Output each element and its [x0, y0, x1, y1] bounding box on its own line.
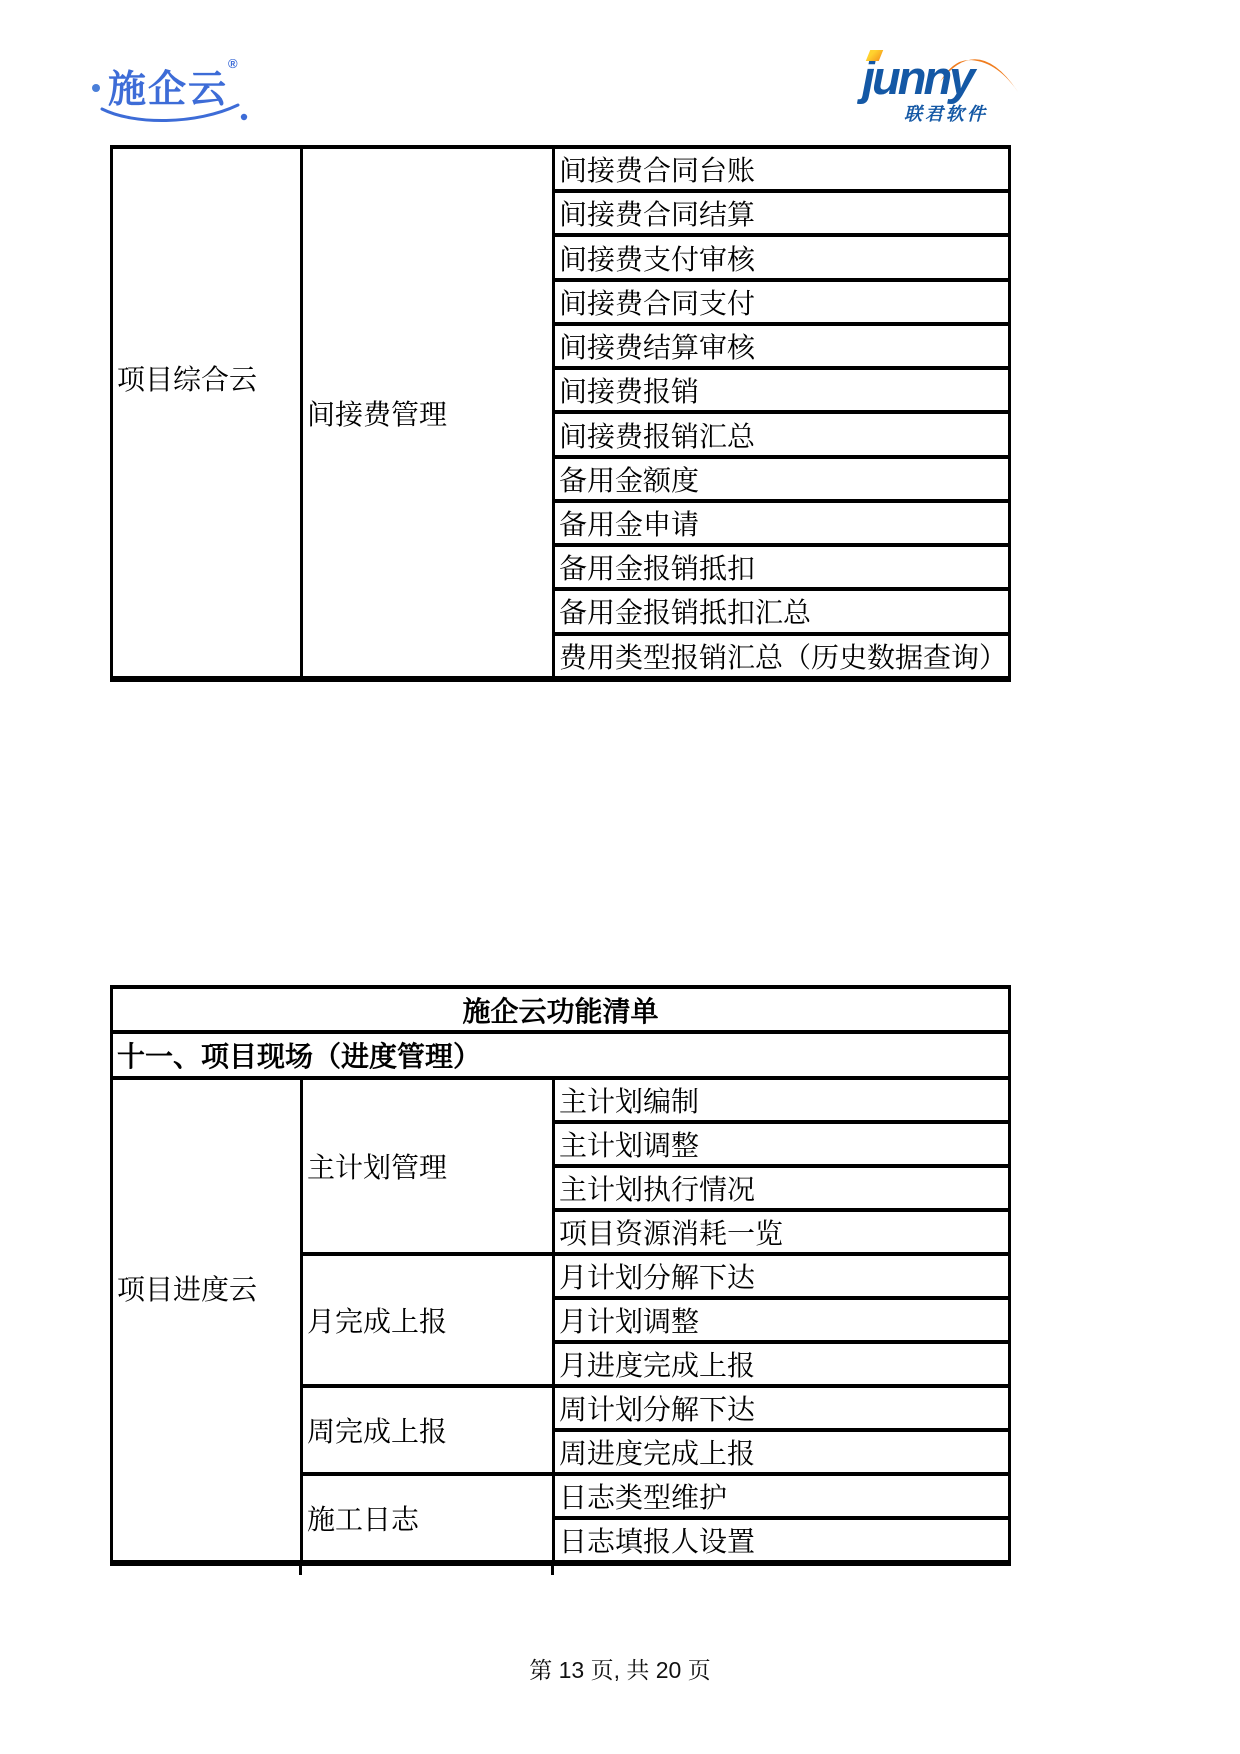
feature-cell: 间接费结算审核: [554, 324, 1010, 368]
feature-cell: 间接费支付审核: [554, 235, 1010, 279]
feature-cell: 间接费合同结算: [554, 191, 1010, 235]
category-name: 月完成上报: [307, 1306, 447, 1337]
feature-cell: 项目资源消耗一览: [554, 1210, 1010, 1254]
table-row: 项目进度云主计划管理主计划编制: [112, 1078, 1010, 1122]
feature-cell: 月计划分解下达: [554, 1254, 1010, 1298]
category-name: 主计划管理: [307, 1152, 447, 1183]
feature-cell: 主计划编制: [554, 1078, 1010, 1122]
expense-table-body: 项目综合云间接费管理间接费合同台账间接费合同结算间接费支付审核间接费合同支付间接…: [112, 147, 1010, 679]
category-cell: 施工日志: [302, 1474, 554, 1563]
shiqiyun-logo: 施企云 ®: [92, 58, 272, 128]
feature-cell: 日志类型维护: [554, 1474, 1010, 1518]
feature-cell: 主计划执行情况: [554, 1166, 1010, 1210]
feature-cell: 周计划分解下达: [554, 1386, 1010, 1430]
page-number: 第 13 页, 共 20 页: [0, 1652, 1240, 1685]
expense-features-table: 项目综合云间接费管理间接费合同台账间接费合同结算间接费支付审核间接费合同支付间接…: [110, 145, 1011, 682]
feature-cell: 主计划调整: [554, 1122, 1010, 1166]
module-name: 项目综合云: [117, 358, 257, 398]
table-section-row: 十一、项目现场（进度管理）: [112, 1032, 1010, 1078]
feature-cell: 间接费合同台账: [554, 147, 1010, 191]
section-heading: 十一、项目现场（进度管理）: [112, 1032, 1010, 1078]
feature-cell: 间接费报销: [554, 368, 1010, 412]
logo-swoosh-icon: [98, 102, 258, 126]
category-cell: 间接费管理: [302, 147, 554, 679]
feature-cell: 备用金申请: [554, 501, 1010, 545]
category-cell: 月完成上报: [302, 1254, 554, 1386]
category-cell: 周完成上报: [302, 1386, 554, 1474]
feature-cell: 月进度完成上报: [554, 1342, 1010, 1386]
module-name: 项目进度云: [117, 1268, 257, 1308]
feature-cell: 备用金报销抵扣汇总: [554, 589, 1010, 633]
logo-lead-dot-icon: [92, 84, 100, 92]
category-name: 间接费管理: [307, 399, 447, 430]
progress-features-table: 施企云功能清单 十一、项目现场（进度管理） 项目进度云主计划管理主计划编制主计划…: [110, 985, 1011, 1566]
progress-table-body: 施企云功能清单 十一、项目现场（进度管理） 项目进度云主计划管理主计划编制主计划…: [112, 987, 1010, 1563]
junny-logo-subtext: 联君软件: [904, 100, 988, 126]
table-title-row: 施企云功能清单: [112, 987, 1010, 1032]
module-cell: 项目进度云: [112, 1078, 302, 1563]
feature-cell: 周进度完成上报: [554, 1430, 1010, 1474]
feature-cell: 备用金报销抵扣: [554, 545, 1010, 589]
table-border-stub: [299, 1564, 302, 1575]
junny-logo: junny 联君软件: [862, 52, 1012, 127]
category-name: 周完成上报: [307, 1416, 447, 1447]
feature-cell: 间接费报销汇总: [554, 412, 1010, 456]
feature-cell: 费用类型报销汇总（历史数据查询）: [554, 634, 1010, 679]
module-cell: 项目综合云: [112, 147, 302, 679]
table-border-stub: [551, 1564, 554, 1575]
table-title: 施企云功能清单: [112, 987, 1010, 1032]
registered-trademark-icon: ®: [228, 56, 238, 71]
category-cell: 主计划管理: [302, 1078, 554, 1254]
table-row: 项目综合云间接费管理间接费合同台账: [112, 147, 1010, 191]
feature-cell: 月计划调整: [554, 1298, 1010, 1342]
category-name: 施工日志: [307, 1504, 419, 1535]
junny-logo-text: junny: [862, 54, 972, 101]
feature-cell: 间接费合同支付: [554, 280, 1010, 324]
feature-cell: 日志填报人设置: [554, 1518, 1010, 1563]
feature-cell: 备用金额度: [554, 457, 1010, 501]
